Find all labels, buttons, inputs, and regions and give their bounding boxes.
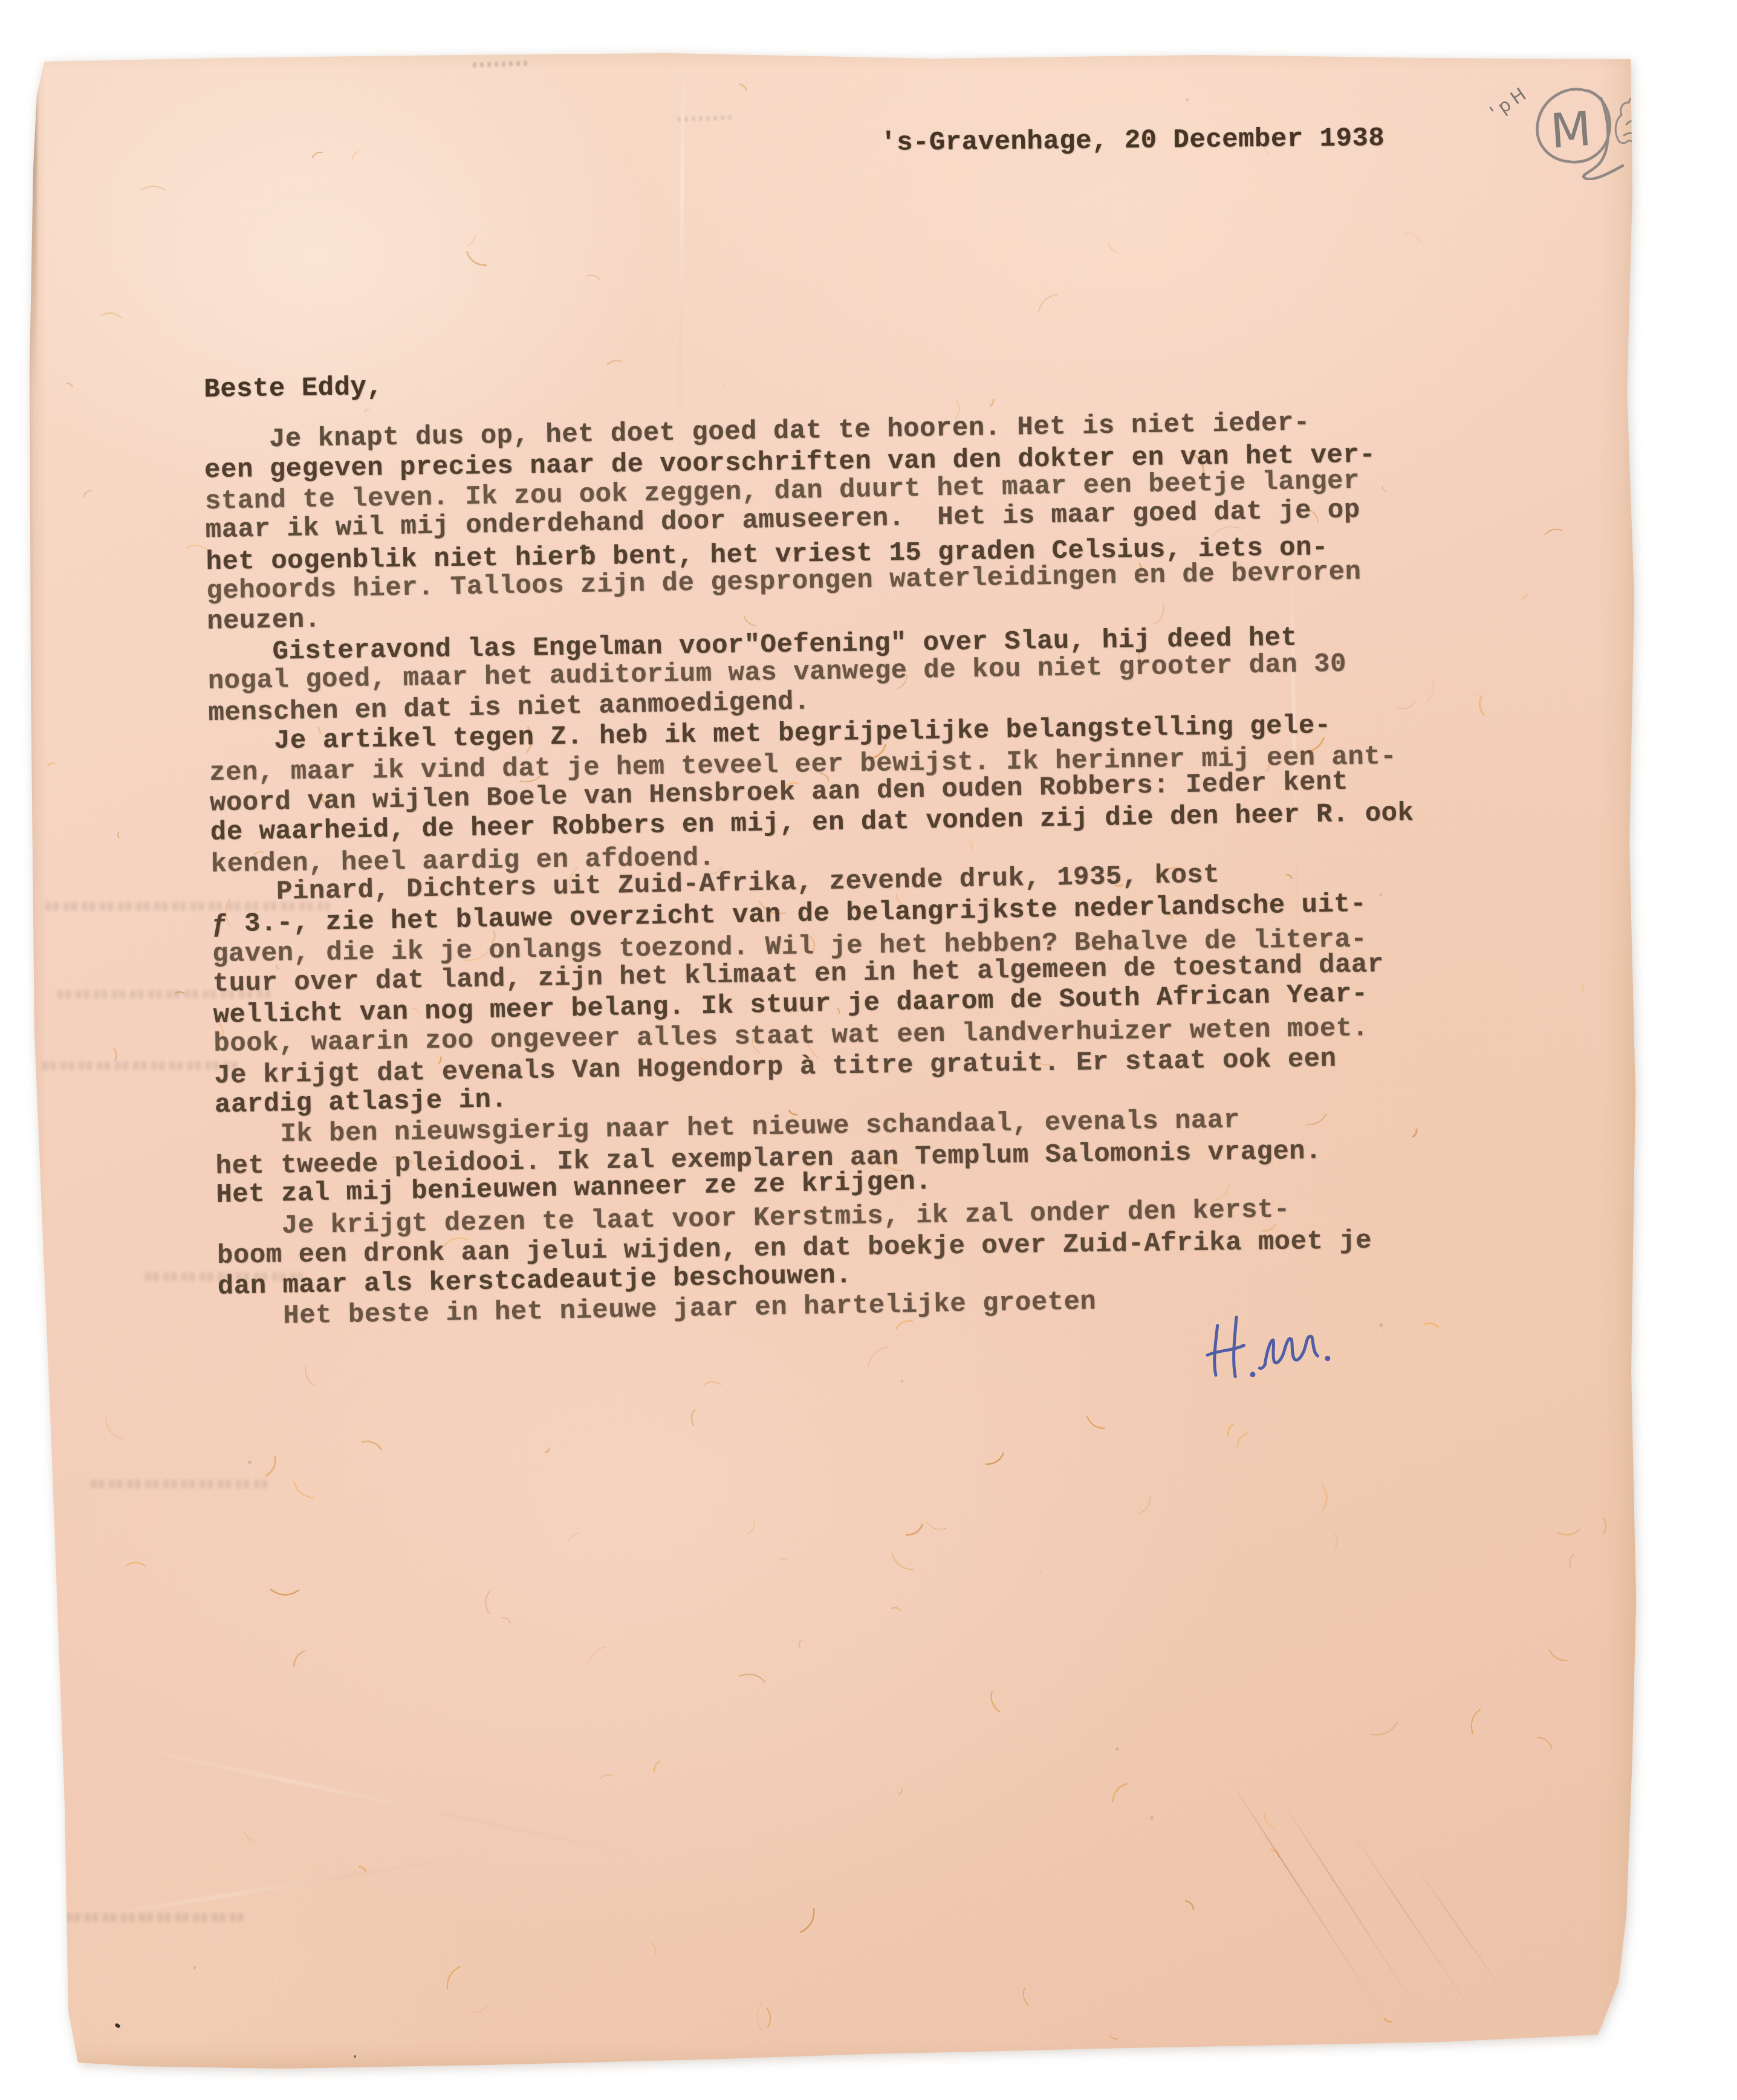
signature-hm: H.M.: [1201, 1302, 1345, 1400]
paper-shadow: 's-Gravenhage, 20 December 1938 'pH M Be…: [27, 53, 1637, 2069]
lion-stamp-icon: [1615, 97, 1655, 143]
monogram-stamp: M: [1528, 83, 1655, 180]
dateline: 's-Gravenhage, 20 December 1938: [880, 123, 1385, 158]
letter-body: Je knapt dus op, het doet goed dat te ho…: [204, 406, 1422, 1332]
salutation: Beste Eddy,: [204, 372, 383, 405]
ink-speck: [354, 2055, 356, 2058]
scanned-letter-page: 's-Gravenhage, 20 December 1938 'pH M Be…: [0, 0, 1737, 2100]
monogram-letter: M: [1549, 102, 1593, 159]
paper-left-edge-shadow: [27, 53, 37, 392]
letter-paper: 's-Gravenhage, 20 December 1938 'pH M Be…: [27, 53, 1637, 2069]
